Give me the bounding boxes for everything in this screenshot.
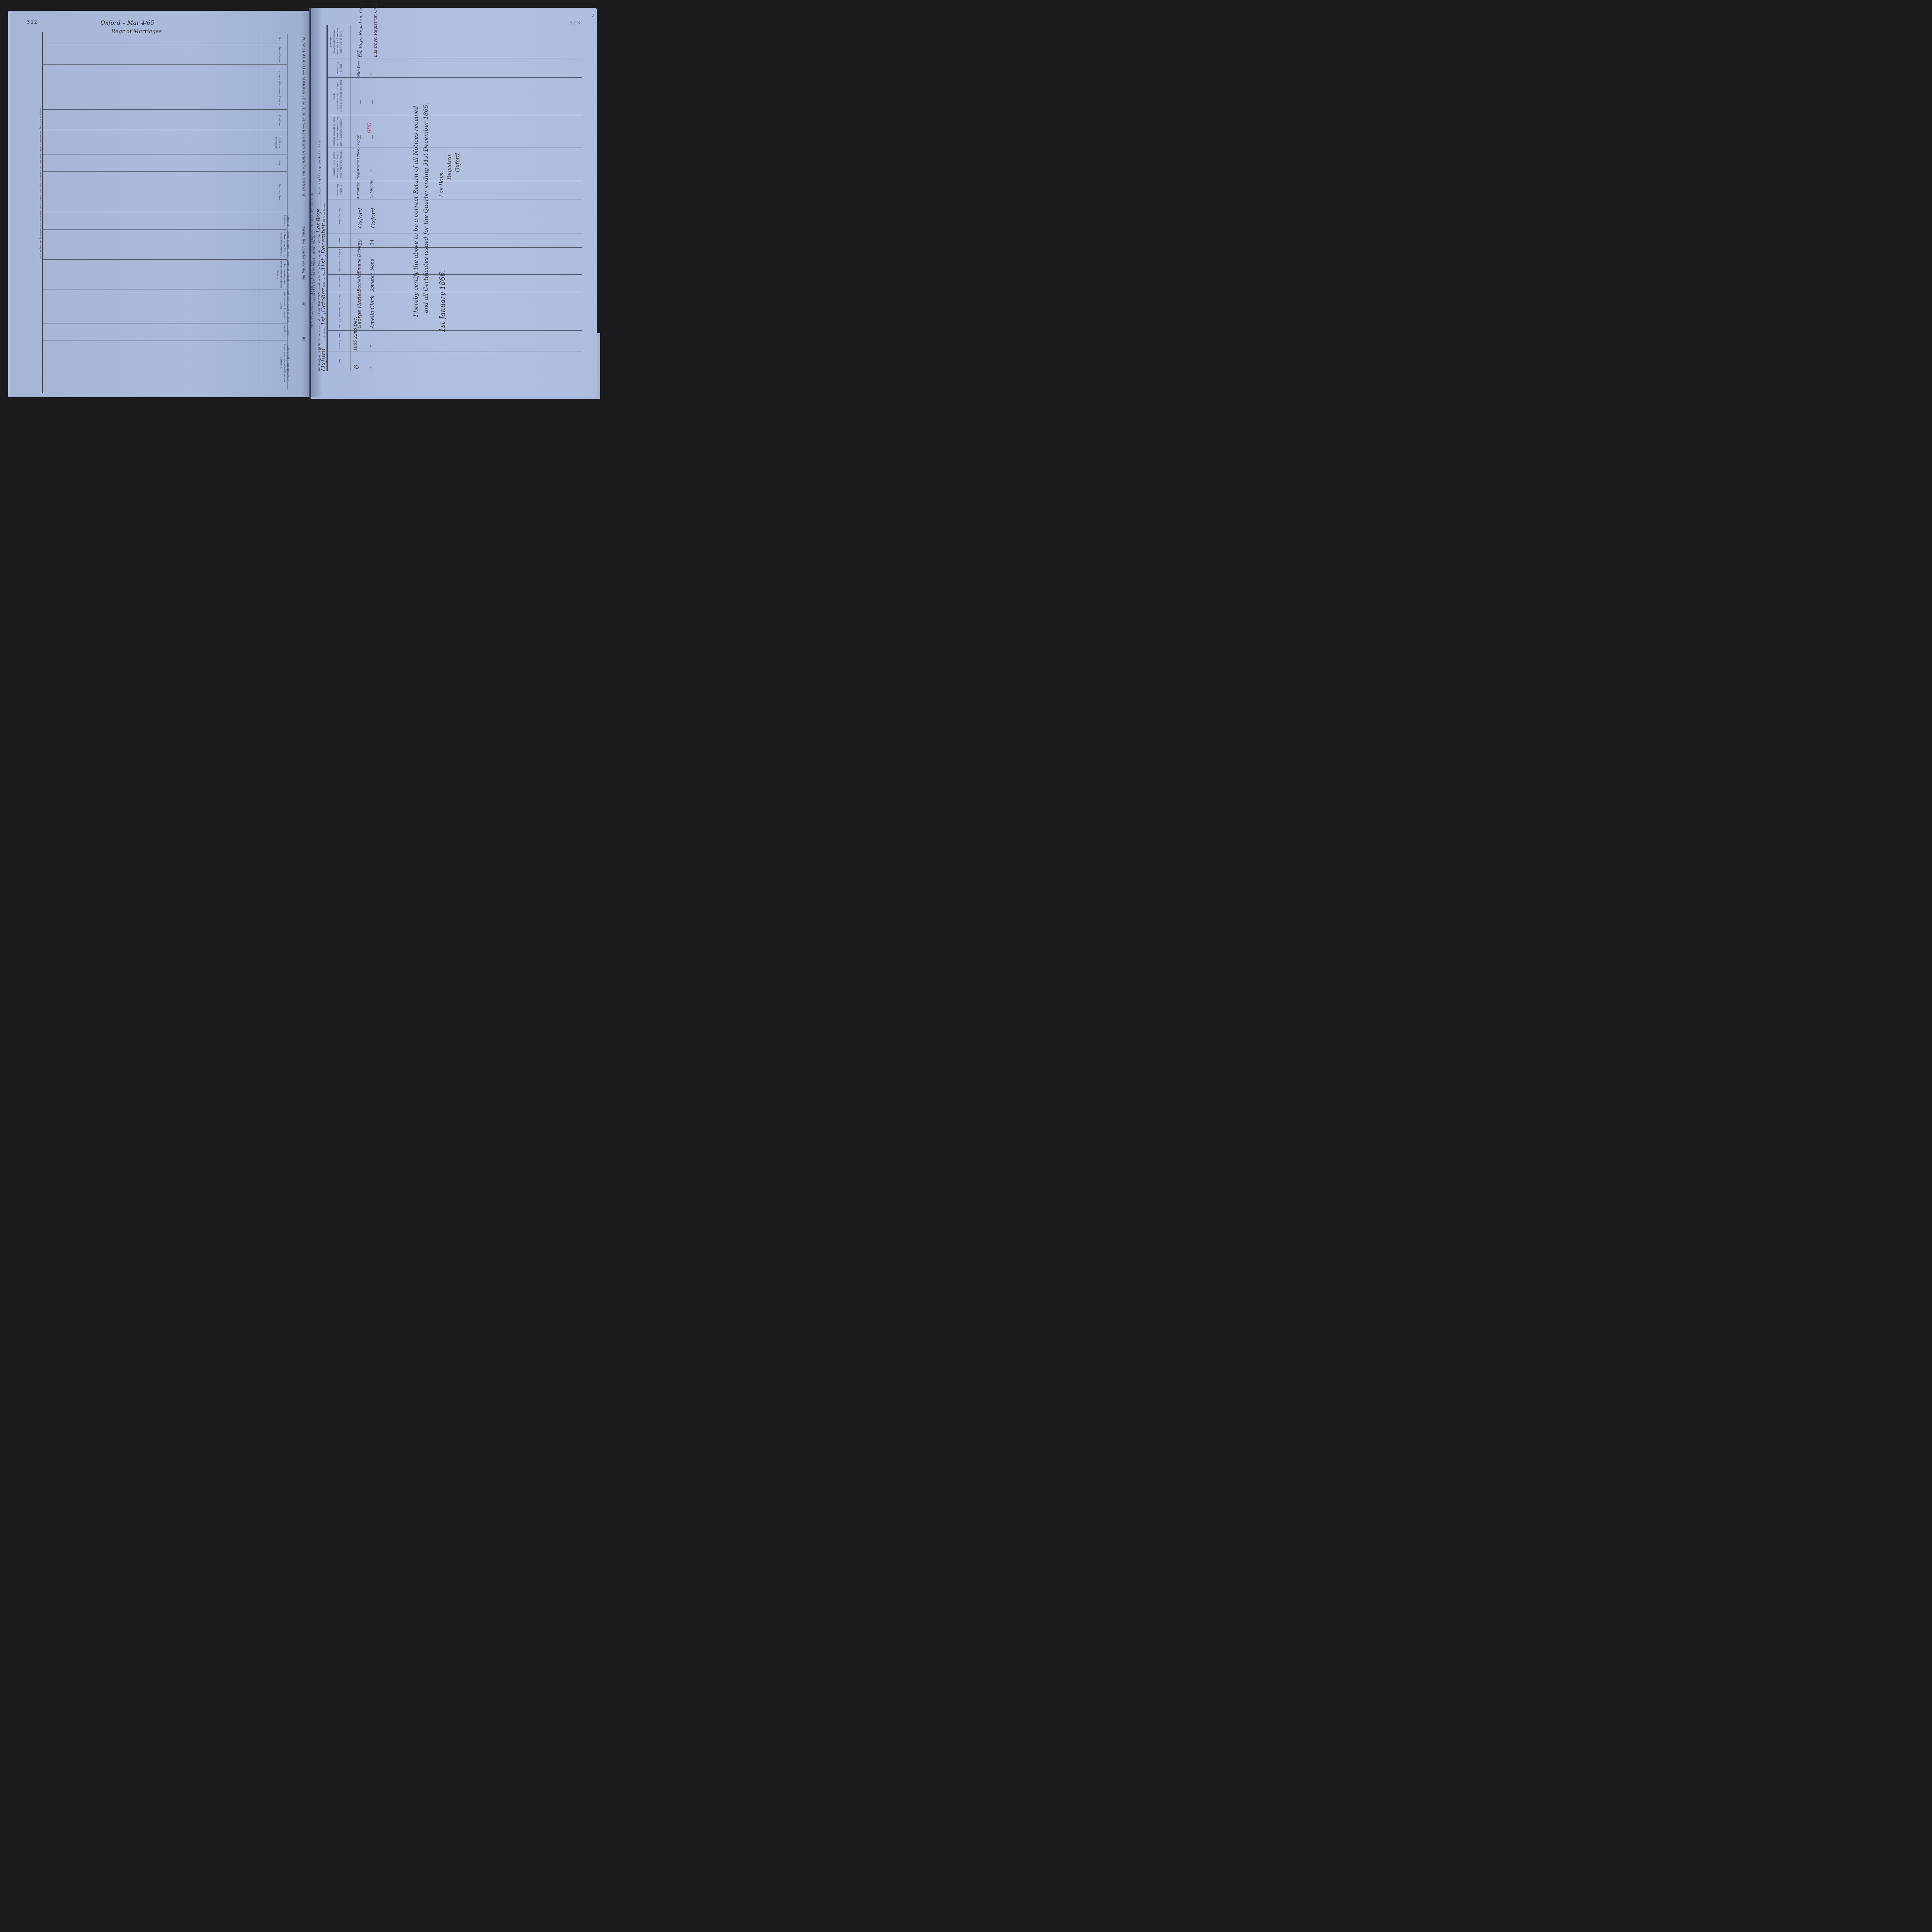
corner-number: 7 xyxy=(592,13,595,18)
row2-name: Amelia Clark xyxy=(370,295,376,328)
col-header-minister: Name of Officiating Minister (or Registr… xyxy=(329,26,343,57)
grid-line xyxy=(327,199,582,199)
row1-length: 4 Months xyxy=(357,182,361,199)
of-label: of xyxy=(322,313,326,316)
row1-dwelling: Oxford xyxy=(357,208,364,228)
right-page-number: 313 xyxy=(570,20,581,26)
year-prefix: 186 xyxy=(301,335,306,341)
row2-condition: Spinster xyxy=(370,274,375,292)
margin-note-line1: Oxford – Mar 4/65 xyxy=(100,19,154,26)
grid-line xyxy=(327,247,582,248)
row1-condition: Bachelor xyxy=(357,272,362,292)
col-header-names: Names and Surnames of Parties. xyxy=(278,69,281,107)
grid-line xyxy=(327,148,582,148)
to-year: 1865 xyxy=(322,216,326,223)
col-header-cert-date: Date of Certificate. xyxy=(336,60,343,76)
to-day: 31st xyxy=(320,259,327,271)
grid-line xyxy=(327,77,582,78)
col-header-calling: Calling or Profession. xyxy=(274,131,281,155)
col-header-no: No. xyxy=(338,354,341,369)
row2-date: ” xyxy=(370,345,376,348)
col-header-consent: Name and Relation of Person giving conse… xyxy=(332,79,343,114)
left-title-italic: Registrar's Return for the District of xyxy=(301,130,306,196)
grid-line xyxy=(43,289,287,289)
col-header-calling: Calling or Profession. xyxy=(338,249,341,273)
margin-note-line2: Regr of Marriages xyxy=(111,29,162,35)
grid-line xyxy=(327,352,582,352)
row1-officiating: Las Boys. Registrar, Oxford xyxy=(358,0,363,57)
grid-line xyxy=(43,130,287,130)
red-annotation: 980 xyxy=(366,122,373,133)
registrar-suffix: Registrar of Marriages for the District … xyxy=(317,141,321,195)
col-header-church: Church, Building, Office, or Place, wher… xyxy=(332,149,343,179)
to-month: December xyxy=(320,224,327,254)
col-header-cert-date: Date of Certificate. xyxy=(283,324,290,339)
quarter-text: during the Quarter ending the xyxy=(301,226,306,280)
col-header-church: Church, Building, Office, or Place, wher… xyxy=(279,230,290,259)
col-header-dwelling: Dwelling Place. xyxy=(338,201,341,232)
grid-line xyxy=(43,212,287,212)
row1-consent: — xyxy=(357,100,362,104)
row2-age: 24 xyxy=(370,240,375,245)
col-header-length: Length of Residence. xyxy=(336,182,343,198)
row2-officiating: Las Boys. Registrar, Oxford xyxy=(373,0,378,57)
table-border-left xyxy=(42,32,43,393)
grid-line xyxy=(327,233,582,233)
grid-line xyxy=(43,64,287,65)
grid-line xyxy=(43,171,287,172)
left-title: NEW ZEALAND.—“MARRIAGE ACT, 1854.”— Regi… xyxy=(301,37,306,342)
to-label: to the xyxy=(322,272,326,279)
grid-line xyxy=(43,323,287,323)
signature-place: Oxford. xyxy=(455,151,461,172)
grid-line xyxy=(327,292,582,292)
row2-dwelling: Oxford xyxy=(370,208,377,228)
col-header-names: Names and Surnames of Parties. xyxy=(338,294,341,329)
grid-line xyxy=(43,340,287,340)
col-header-age: Age. xyxy=(338,235,341,247)
signature-name: Las Boys. xyxy=(439,171,445,197)
right-page: 313 7 Name of Officiating Minister (or R… xyxy=(311,8,597,397)
col-header-dwelling: Dwelling Place. xyxy=(278,177,281,208)
left-page: 312 Oxford – Mar 4/65 Regr of Marriages … xyxy=(8,11,310,397)
row2-consent: — xyxy=(370,100,375,104)
grid-line xyxy=(327,58,582,58)
left-title-main: NEW ZEALAND.—“MARRIAGE ACT, 1854.”— xyxy=(301,37,306,129)
row2-place: ” xyxy=(370,170,375,172)
left-page-number: 312 xyxy=(27,19,38,25)
of-label-2: of xyxy=(322,255,326,257)
row2-calling: None xyxy=(370,259,375,270)
col-header-consent: Name and Relation of Person giving conse… xyxy=(279,290,290,322)
certification-line2: and all Certificates issued for the Quar… xyxy=(422,103,429,313)
col-header-condition: Condition. xyxy=(338,276,341,291)
row1-other-district: — xyxy=(357,135,362,139)
row2-other-district: — xyxy=(370,135,375,139)
row1-place: Registrar's Office, Oxford xyxy=(357,134,361,180)
of-text: of xyxy=(301,302,306,305)
grid-line xyxy=(43,229,287,230)
col-header-date: Date of Notice. xyxy=(278,46,281,64)
grid-line xyxy=(327,181,582,181)
grid-line xyxy=(327,274,582,275)
col-header-no: No. xyxy=(278,35,281,43)
row2-length: 13 Months xyxy=(370,180,374,199)
grid-line xyxy=(43,109,287,110)
period-line: Oxford from the 1st of October 1865 to t… xyxy=(320,202,327,371)
grid-line xyxy=(327,330,582,331)
left-footnote: *The Registrar is to “certify under his … xyxy=(39,105,41,260)
col-header-district: District in which the other Party reside… xyxy=(332,117,343,147)
district-value: Oxford xyxy=(320,348,327,371)
col-header-condition: Condition. xyxy=(278,112,281,129)
from-year: 1865 xyxy=(322,281,326,287)
signature-title: Registrar xyxy=(446,154,452,180)
grid-line xyxy=(43,155,287,155)
col-header-minister: Name of Officiating Minister (or Registr… xyxy=(279,342,290,384)
sign-date: 1st January 1866. xyxy=(439,270,447,332)
header-divider xyxy=(260,34,260,389)
row2-no: ” xyxy=(370,366,376,369)
right-title: NEW ZEALAND.—“ MARRIAGE ACT, 1854.”—REGI… xyxy=(310,191,313,328)
grid-line xyxy=(327,115,582,115)
certification-line1: I hereby certify the above to be a corre… xyxy=(412,106,419,317)
from-label: from the xyxy=(322,327,326,337)
col-header-age: Age. xyxy=(278,158,281,169)
col-header-district: District in which the other Party reside… xyxy=(276,260,290,289)
row1-calling: Engine Driver xyxy=(357,243,362,274)
row1-no: 6. xyxy=(353,363,361,369)
row1-age: 30 xyxy=(357,240,363,245)
col-header-date: Date of Notice. xyxy=(338,332,341,351)
col-header-length: Length of Residence. xyxy=(283,213,290,229)
grid-line xyxy=(43,259,287,260)
grid-line xyxy=(43,44,287,44)
inclusive-label: inclusive. xyxy=(322,202,326,215)
row2-cert-date: ” xyxy=(370,73,375,75)
from-day: 1st xyxy=(320,316,327,325)
from-month: October xyxy=(320,288,327,312)
row1-name: George Hazlett xyxy=(357,289,362,328)
